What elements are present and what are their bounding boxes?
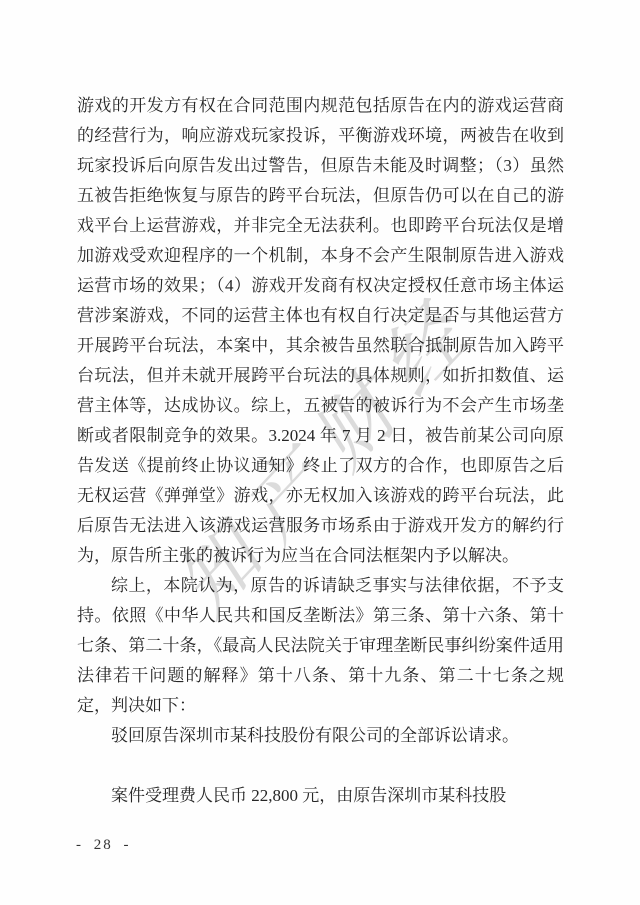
document-body: 游戏的开发方有权在合同范围内规范包括原告在内的游戏运营商的经营行为，响应游戏玩家…	[77, 91, 564, 811]
body-paragraph-court-fee: 案件受理费人民币 22,800 元，由原告深圳市某科技股	[77, 781, 564, 811]
body-paragraph-judgment: 驳回原告深圳市某科技股份有限公司的全部诉讼请求。	[77, 721, 564, 751]
body-paragraph-continuation: 游戏的开发方有权在合同范围内规范包括原告在内的游戏运营商的经营行为，响应游戏玩家…	[77, 91, 564, 571]
body-paragraph-court-opinion: 综上，本院认为，原告的诉请缺乏事实与法律依据，不予支持。依照《中华人民共和国反垄…	[77, 571, 564, 721]
page-number: - 28 -	[76, 837, 131, 854]
document-page: 知产财经 游戏的开发方有权在合同范围内规范包括原告在内的游戏运营商的经营行为，响…	[0, 0, 640, 905]
